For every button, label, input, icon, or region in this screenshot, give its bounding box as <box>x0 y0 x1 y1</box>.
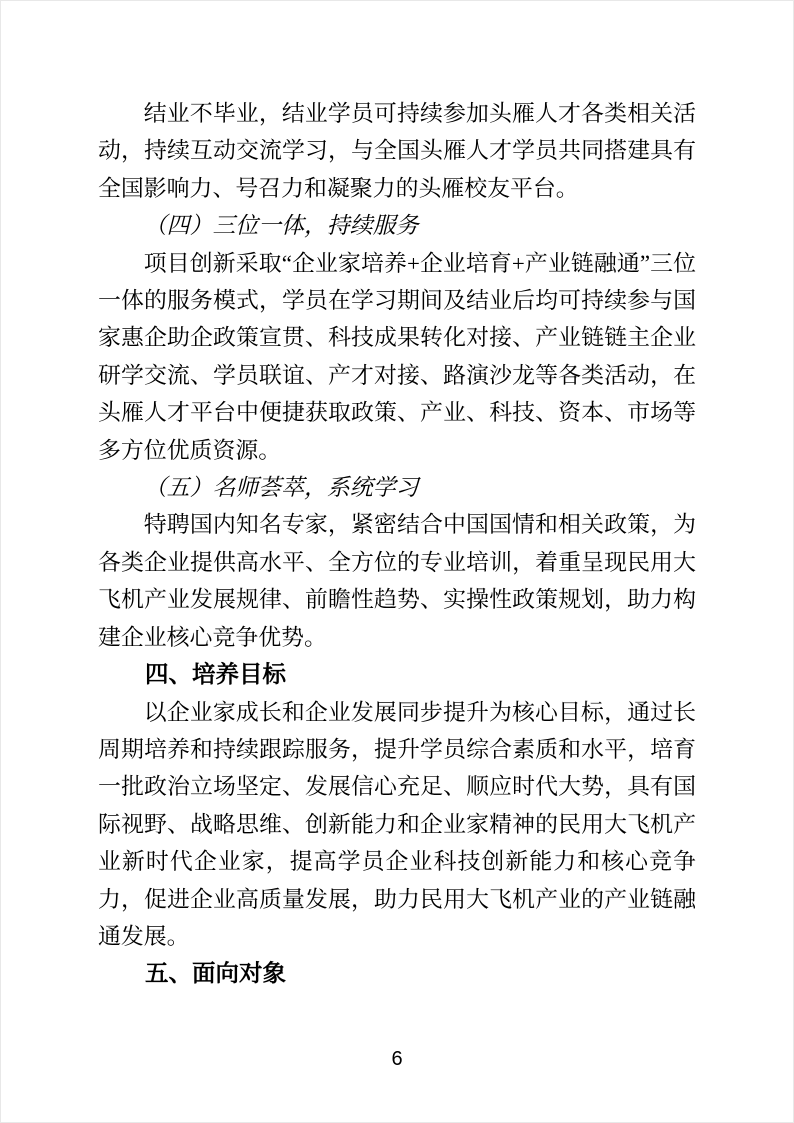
paragraph-expert-training: 特聘国内知名专家，紧密结合中国国情和相关政策，为各类企业提供高水平、全方位的专业… <box>98 506 696 656</box>
page-content: 结业不毕业，结业学员可持续参加头雁人才各类相关活动，持续互动交流学习，与全国头雁… <box>98 95 696 993</box>
paragraph-trinity-service: 项目创新采取“企业家培养+企业培育+产业链融通”三位一体的服务模式，学员在学习期… <box>98 245 696 469</box>
paragraph-graduation-platform: 结业不毕业，结业学员可持续参加头雁人才各类相关活动，持续互动交流学习，与全国头雁… <box>98 95 696 207</box>
document-page: 结业不毕业，结业学员可持续参加头雁人才各类相关活动，持续互动交流学习，与全国头雁… <box>0 0 794 1123</box>
heading-training-goals: 四、培养目标 <box>98 656 696 693</box>
subheading-section-4: （四）三位一体，持续服务 <box>98 207 696 244</box>
page-footer: 6 <box>0 1048 794 1071</box>
heading-target-audience: 五、面向对象 <box>98 955 696 992</box>
paragraph-training-goals-body: 以企业家成长和企业发展同步提升为核心目标，通过长周期培养和持续跟踪服务，提升学员… <box>98 694 696 956</box>
page-number: 6 <box>391 1048 402 1070</box>
subheading-section-5: （五）名师荟萃，系统学习 <box>98 469 696 506</box>
